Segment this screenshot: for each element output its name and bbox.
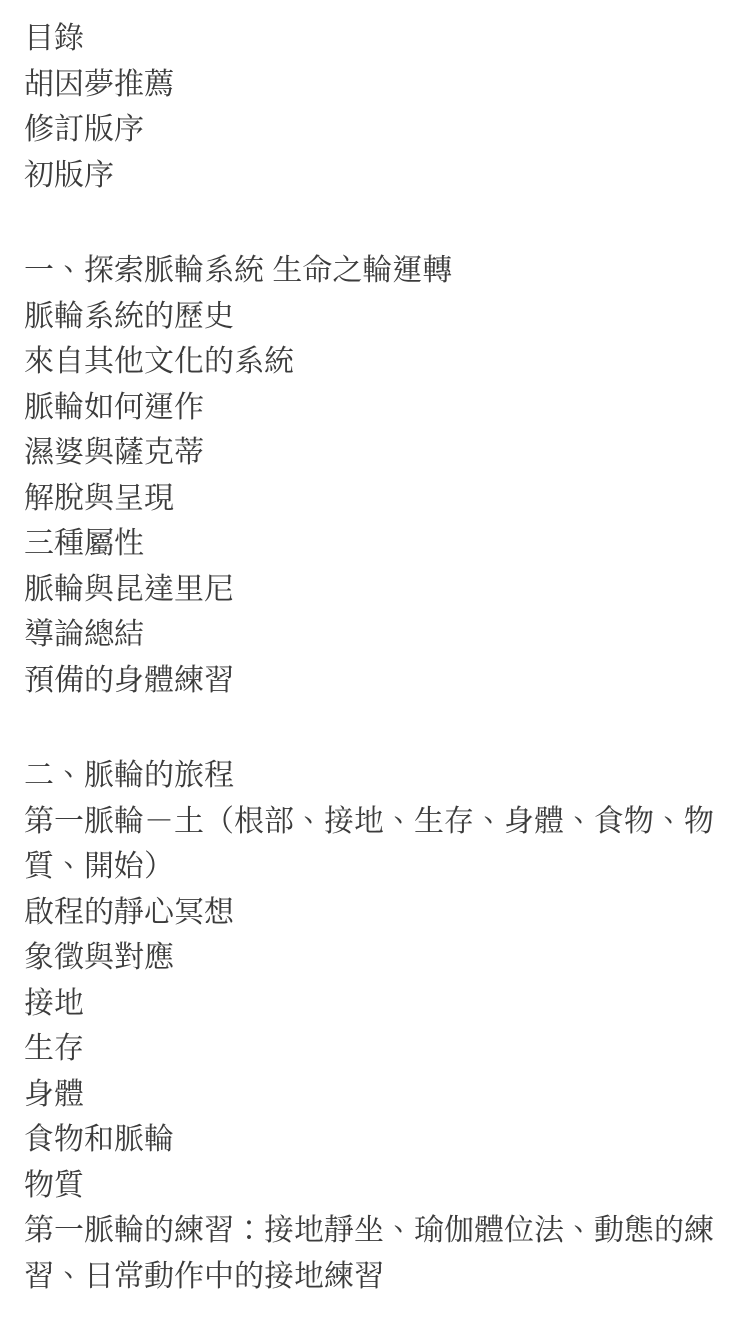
toc-entry: 啟程的靜心冥想 [24, 890, 728, 936]
toc-entry: 象徵與對應 [24, 935, 728, 981]
toc-entry: 三種屬性 [24, 521, 728, 567]
toc-entry: 物質 [24, 1163, 728, 1209]
toc-entry: 修訂版序 [24, 107, 728, 153]
toc-entry: 一、探索脈輪系統 生命之輪運轉 [24, 248, 728, 294]
toc-entry: 解脫與呈現 [24, 476, 728, 522]
toc-entry: 預備的身體練習 [24, 658, 728, 704]
toc-entry: 生存 [24, 1026, 728, 1072]
toc-entry: 導論總結 [24, 612, 728, 658]
toc-entry: 二、脈輪的旅程 [24, 753, 728, 799]
toc-entry: 脈輪如何運作 [24, 385, 728, 431]
toc-section-part-two: 二、脈輪的旅程第一脈輪－土（根部、接地、生存、身體、食物、物質、開始）啟程的靜心… [24, 753, 728, 1299]
toc-section-front-matter: 目錄胡因夢推薦修訂版序初版序 [24, 16, 728, 198]
toc-entry: 身體 [24, 1072, 728, 1118]
toc-entry: 初版序 [24, 153, 728, 199]
ebook-toc-page: 目錄胡因夢推薦修訂版序初版序一、探索脈輪系統 生命之輪運轉脈輪系統的歷史來自其他… [0, 0, 750, 1320]
toc-entry: 胡因夢推薦 [24, 62, 728, 108]
toc-list: 目錄胡因夢推薦修訂版序初版序一、探索脈輪系統 生命之輪運轉脈輪系統的歷史來自其他… [24, 16, 728, 1299]
toc-entry: 脈輪與昆達里尼 [24, 567, 728, 613]
toc-entry: 第一脈輪－土（根部、接地、生存、身體、食物、物質、開始） [24, 799, 728, 890]
toc-entry: 目錄 [24, 16, 728, 62]
toc-entry: 食物和脈輪 [24, 1117, 728, 1163]
toc-entry: 接地 [24, 981, 728, 1027]
toc-entry: 濕婆與薩克蒂 [24, 430, 728, 476]
toc-entry: 第一脈輪的練習：接地靜坐、瑜伽體位法、動態的練習、日常動作中的接地練習 [24, 1208, 728, 1299]
toc-entry: 來自其他文化的系統 [24, 339, 728, 385]
toc-entry: 脈輪系統的歷史 [24, 294, 728, 340]
toc-section-part-one: 一、探索脈輪系統 生命之輪運轉脈輪系統的歷史來自其他文化的系統脈輪如何運作濕婆與… [24, 248, 728, 703]
